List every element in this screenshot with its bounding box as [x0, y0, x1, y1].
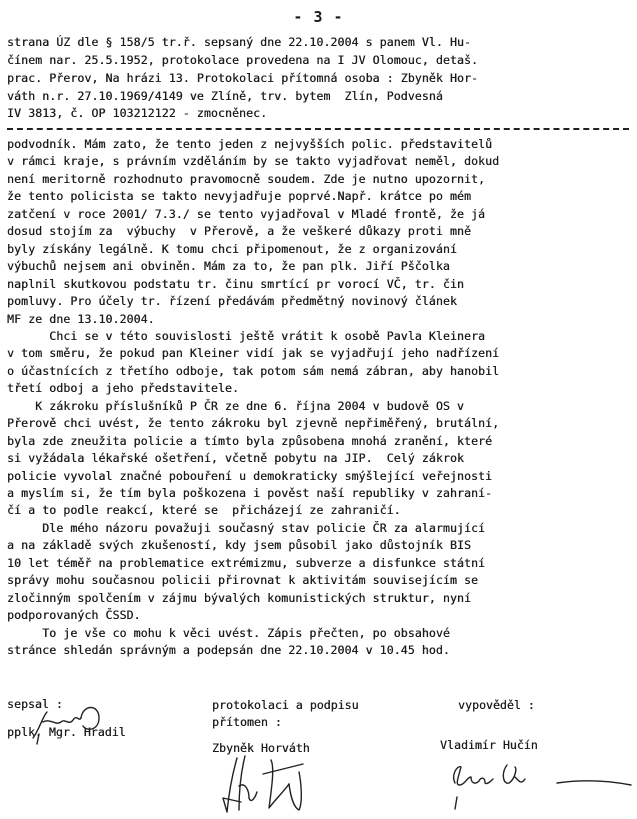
- document-page: - 3 - strana ÚZ dle § 158/5 tr.ř. sepsan…: [0, 0, 637, 819]
- header-line: čínem nar. 25.5.1952, protokolace proved…: [7, 53, 478, 68]
- dashed-separator: [7, 128, 629, 130]
- witness-signature: [215, 752, 325, 816]
- author-signature: [25, 700, 105, 750]
- body-line: policie vyvolal značné pobouření u demok…: [7, 469, 492, 484]
- page-number: - 3 -: [0, 8, 637, 26]
- body-line: o účastnících z třetího odboje, tak poto…: [7, 364, 499, 379]
- body-line: v rámci kraje, s právním vzděláním by se…: [7, 154, 499, 169]
- deponent-label: vypověděl :: [458, 698, 535, 713]
- body-line: dosud stojím za výbuchy v Přerově, a že …: [7, 224, 471, 239]
- body-line: K zákroku příslušníků P ČR ze dne 6. říj…: [7, 399, 464, 414]
- witness-label: protokolaci a podpisu: [212, 698, 359, 713]
- body-line: MF ze dne 13.10.2004.: [7, 312, 155, 327]
- body-line: byly získány legálně. K tomu chci připom…: [7, 242, 457, 257]
- body-line: Dle mého názoru považuji současný stav p…: [7, 521, 485, 536]
- body-line: Přerově chci uvést, že tento zákroku byl…: [7, 416, 499, 431]
- body-line: zločinným spolčením v zájmu bývalých kom…: [7, 591, 471, 606]
- header-line: prac. Přerov, Na hrázi 13. Protokolaci p…: [7, 71, 478, 86]
- body-line: 10 let téměř na problematice extrémizmu,…: [7, 556, 485, 571]
- deponent-name: Vladimír Hučín: [440, 738, 538, 753]
- body-line: v tom směru, že pokud pan Kleiner vidí j…: [7, 346, 499, 361]
- body-line: čí a to podle reakcí, které se přicházej…: [7, 503, 401, 518]
- body-line: třetí odboj a jeho představitele.: [7, 381, 239, 396]
- body-line: výbuchů nejsem ani obviněn. Mám za to, ž…: [7, 259, 450, 274]
- body-line: podporovaných ČSSD.: [7, 608, 141, 623]
- body-line: naplnil skutkovou podstatu tr. činu smrt…: [7, 277, 464, 292]
- body-line: správy mohu současnou policii přirovnat …: [7, 573, 478, 588]
- body-line: Chci se v této souvislosti ještě vrátit …: [7, 329, 485, 344]
- body-line: To je vše co mohu k věci uvést. Zápis př…: [7, 626, 450, 641]
- body-line: není meritorně rozhodnuto pravomocně sou…: [7, 172, 485, 187]
- body-line: byla zde zneužita policie a tímto byla z…: [7, 434, 492, 449]
- deponent-signature: [445, 755, 635, 815]
- body-line: že tento policista se takto nevyjadřuje …: [7, 189, 471, 204]
- body-line: a na základě svých zkušeností, kdy jsem …: [7, 538, 471, 553]
- body-line: podvodník. Mám zato, že tento jeden z ne…: [7, 137, 492, 152]
- body-line: zatčení v roce 2001/ 7.3./ se tento vyja…: [7, 207, 485, 222]
- header-line: IV 3813, č. OP 103212122 - zmocněnec.: [7, 106, 267, 121]
- body-line: pomluvy. Pro účely tr. řízení předávám p…: [7, 294, 457, 309]
- header-line: váth n.r. 27.10.1969/4149 ve Zlíně, trv.…: [7, 89, 443, 104]
- header-line: strana ÚZ dle § 158/5 tr.ř. sepsaný dne …: [7, 35, 471, 50]
- body-line: si vyžádala lékařské ošetření, včetně po…: [7, 451, 464, 466]
- body-line: a myslím si, že tím byla poškozena i pov…: [7, 486, 492, 501]
- witness-label-2: přítomen :: [212, 715, 282, 730]
- body-line: stránce shledán správným a podepsán dne …: [7, 643, 450, 658]
